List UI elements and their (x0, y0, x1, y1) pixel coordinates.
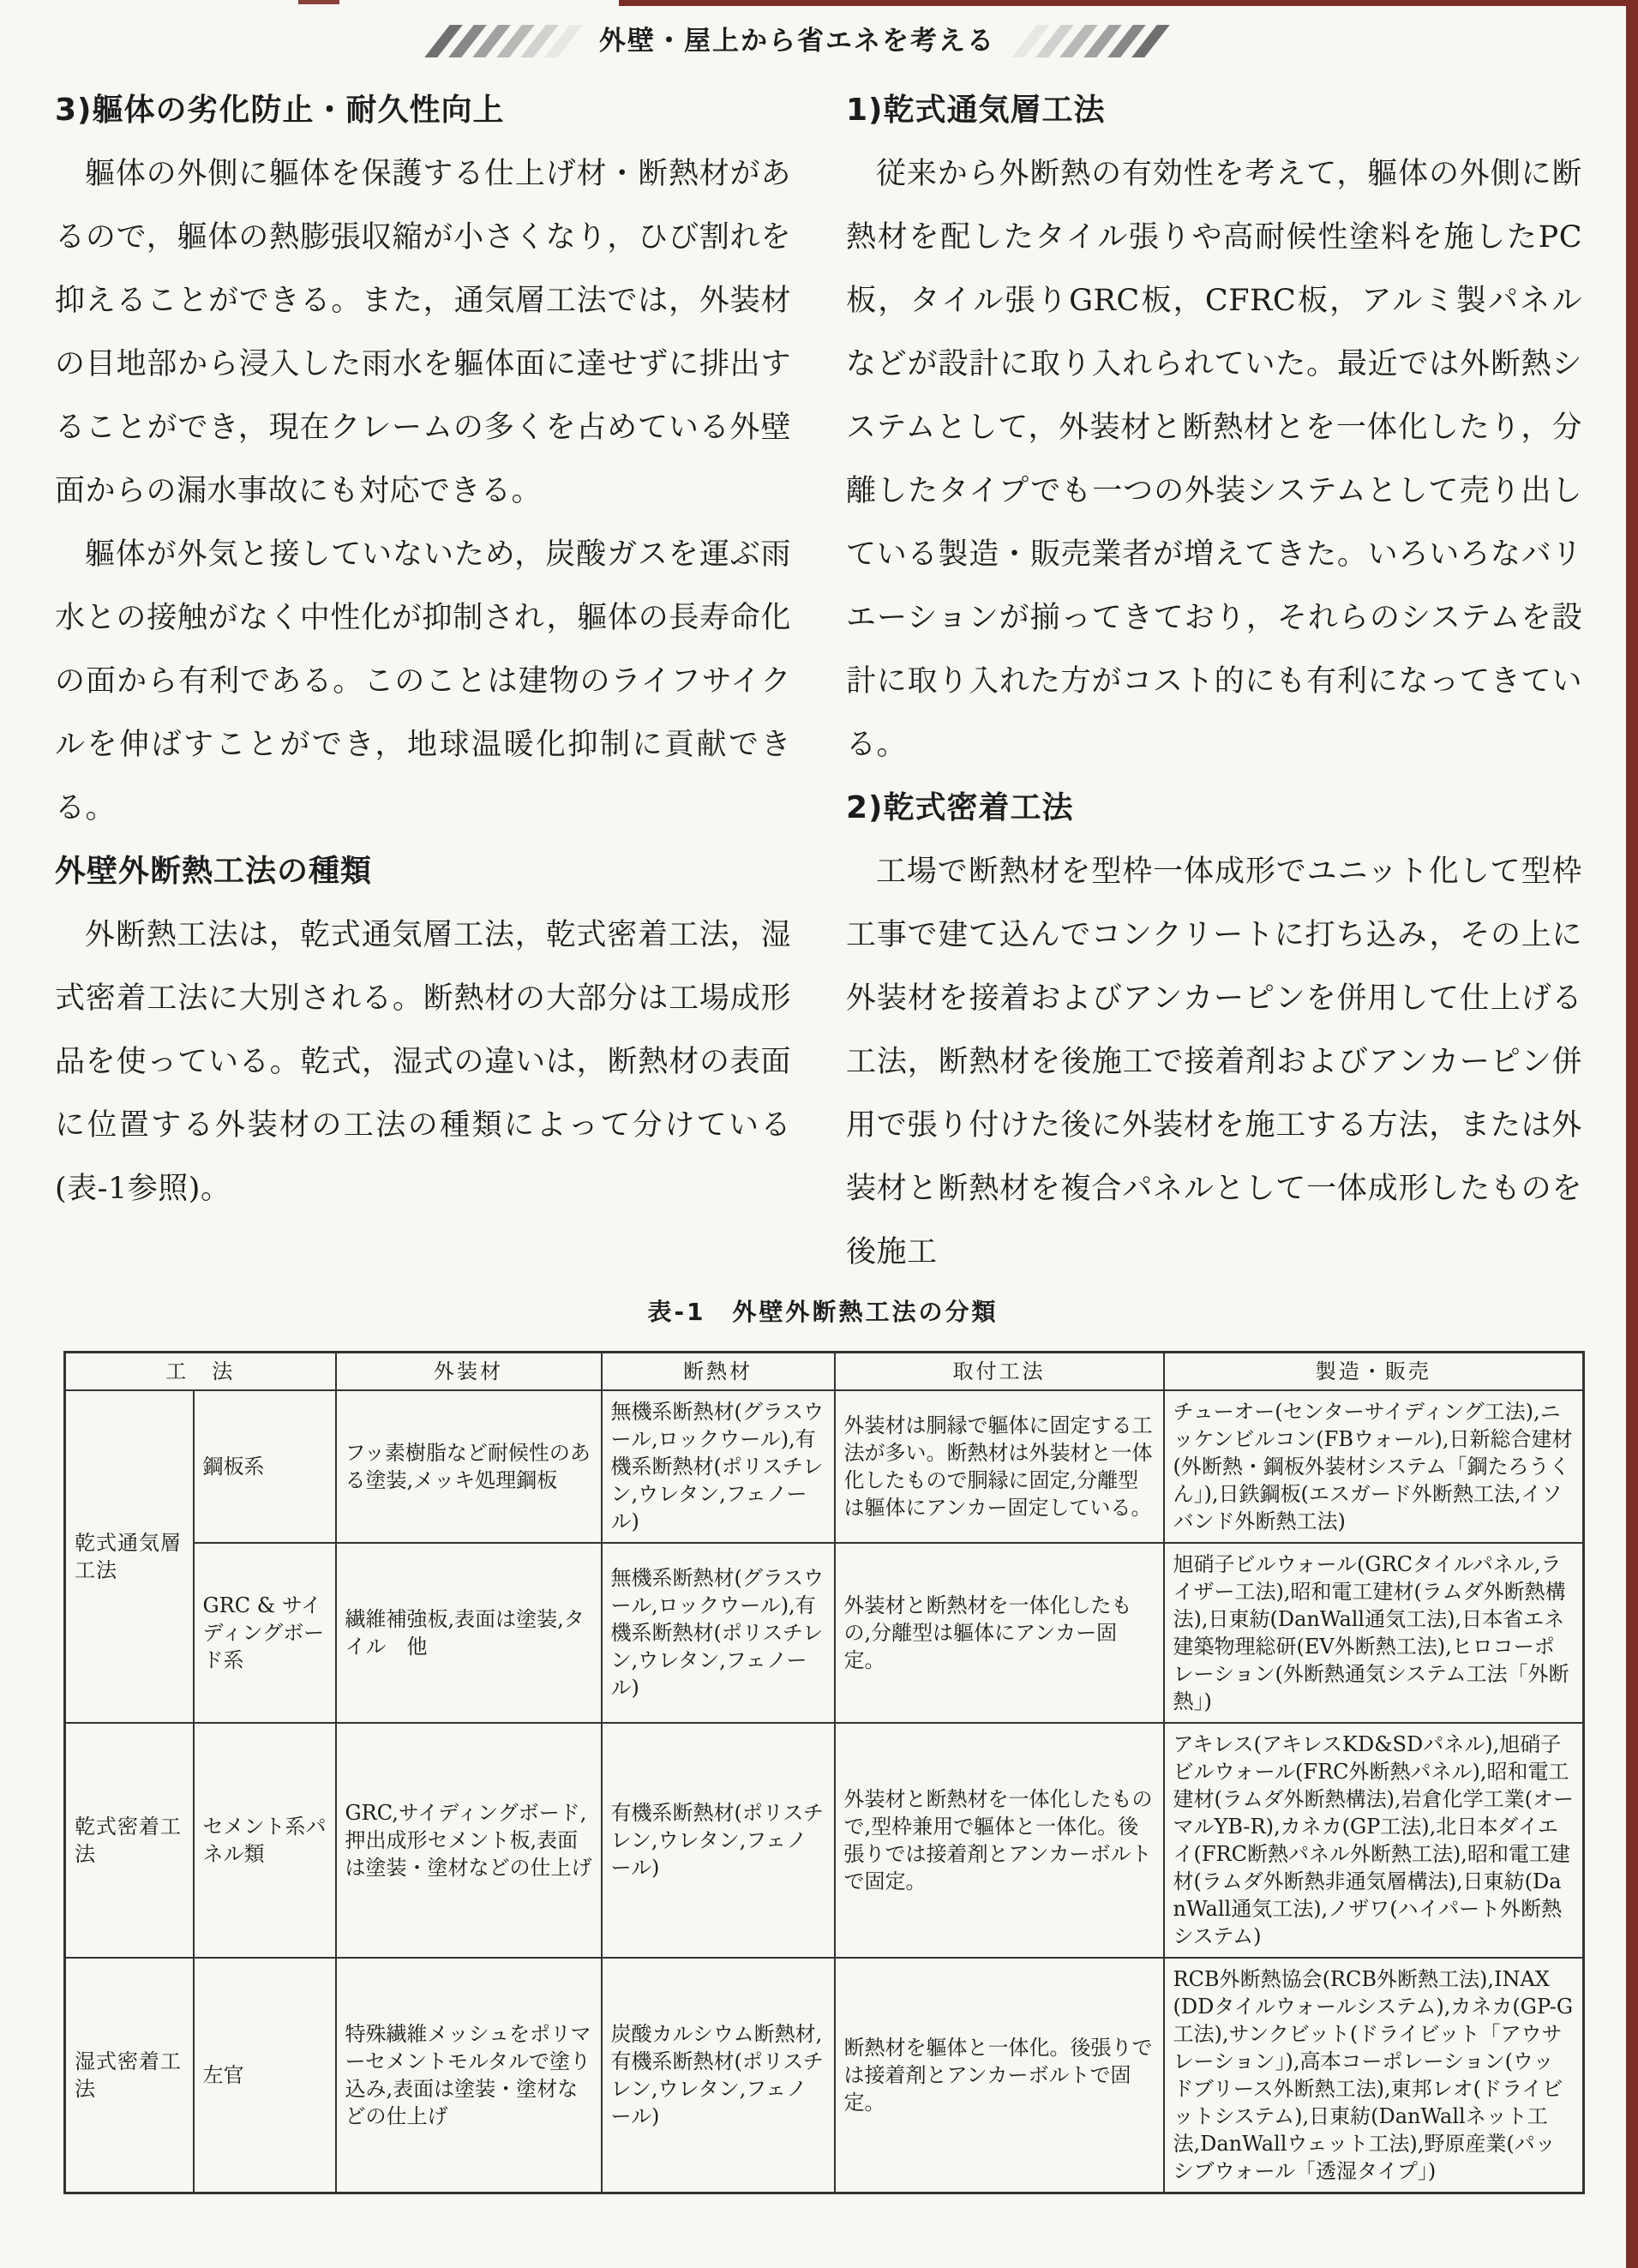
cell-insulation: 無機系断熱材(グラスウール,ロックウール),有機系断熱材(ポリスチレン,ウレタン… (602, 1390, 835, 1543)
header-stripes-right (1024, 25, 1157, 57)
cell-exterior: フッ素樹脂など耐候性のある塗装,メッキ処理鋼板 (336, 1390, 602, 1543)
cell-insulation: 有機系断熱材(ポリスチレン,ウレタン,フェノール) (602, 1723, 835, 1958)
cell-attachment: 外装材と断熱材を一体化したもので,型枠兼用で軀体と一体化。後張りでは接着剤とアン… (835, 1723, 1164, 1958)
classification-table: 工 法 外装材 断熱材 取付工法 製造・販売 乾式通気層工法 鋼板系 フッ素樹脂… (63, 1351, 1585, 2194)
col-header-method: 工 法 (65, 1353, 336, 1391)
paragraph: 軀体の外側に軀体を保護する仕上げ材・断熱材があるので，軀体の熱膨張収縮が小さくな… (55, 142, 791, 523)
classification-table-figure: 表-1 外壁外断熱工法の分類 工 法 外装材 断熱材 取付工法 製造・販売 乾式… (63, 1296, 1582, 2194)
left-column: 3)軀体の劣化防止・耐久性向上 軀体の外側に軀体を保護する仕上げ材・断熱材がある… (55, 79, 791, 1284)
cell-method-sub: GRC & サイディングボード系 (194, 1543, 336, 1723)
col-header-insulation: 断熱材 (602, 1353, 835, 1391)
cell-method-group: 乾式通気層工法 (65, 1390, 194, 1723)
cell-attachment: 外装材は胴縁で軀体に固定する工法が多い。断熱材は外装材と一体化したもので胴縁に固… (835, 1390, 1164, 1543)
cell-makers: 旭硝子ビルウォール(GRCタイルパネル,ライザー工法),昭和電工建材(ラムダ外断… (1164, 1543, 1584, 1723)
cell-method-sub: 左官 (194, 1958, 336, 2193)
cell-method-sub: セメント系パネル類 (194, 1723, 336, 1958)
paragraph: 従来から外断熱の有効性を考えて，軀体の外側に断熱材を配したタイル張りや高耐候性塗… (846, 142, 1582, 777)
cell-insulation: 無機系断熱材(グラスウール,ロックウール),有機系断熱材(ポリスチレン,ウレタン… (602, 1543, 835, 1723)
cell-attachment: 断熱材を軀体と一体化。後張りでは接着剤とアンカーボルトで固定。 (835, 1958, 1164, 2193)
page-scan-edge-mark (298, 0, 339, 4)
cell-makers: チューオー(センターサイディング工法),ニッケンビルコン(FBウォール),日新総… (1164, 1390, 1584, 1543)
cell-method-group: 湿式密着工法 (65, 1958, 194, 2193)
table-title: 表-1 外壁外断熱工法の分類 (63, 1296, 1582, 1329)
cell-attachment: 外装材と断熱材を一体化したもの,分離型は軀体にアンカー固定。 (835, 1543, 1164, 1723)
scanned-document-page: 外壁・屋上から省エネを考える 3)軀体の劣化防止・耐久性向上 軀体の外側に軀体を… (0, 0, 1638, 2268)
table-row-wet-adhered: 湿式密着工法 左官 特殊繊維メッシュをポリマーセメントモルタルで塗り込み,表面は… (65, 1958, 1584, 2193)
cell-method-sub: 鋼板系 (194, 1390, 336, 1543)
header-stripes-left (437, 25, 570, 57)
col-header-makers: 製造・販売 (1164, 1353, 1584, 1391)
table-row-grc-siding: GRC & サイディングボード系 繊維補強板,表面は塗装,タイル 他 無機系断熱… (65, 1543, 1584, 1723)
table-row-steel: 乾式通気層工法 鋼板系 フッ素樹脂など耐候性のある塗装,メッキ処理鋼板 無機系断… (65, 1390, 1584, 1543)
table-row-dry-adhered: 乾式密着工法 セメント系パネル類 GRC,サイディングボード,押出成形セメント板… (65, 1723, 1584, 1958)
paragraph: 工場で断熱材を型枠一体成形でユニット化して型枠工事で建て込んでコンクリートに打ち… (846, 840, 1582, 1284)
page-scan-edge-right (1626, 0, 1638, 2268)
article-body: 3)軀体の劣化防止・耐久性向上 軀体の外側に軀体を保護する仕上げ材・断熱材がある… (55, 79, 1582, 1284)
page-scan-edge-top (619, 0, 1638, 6)
cell-exterior: GRC,サイディングボード,押出成形セメント板,表面は塗装・塗材などの仕上げ (336, 1723, 602, 1958)
right-column: 1)乾式通気層工法 従来から外断熱の有効性を考えて，軀体の外側に断熱材を配したタ… (846, 79, 1582, 1284)
section-heading-method-types: 外壁外断熱工法の種類 (55, 840, 791, 903)
paragraph: 軀体が外気と接していないため，炭酸ガスを運ぶ雨水との接触がなく中性化が抑制され，… (55, 523, 791, 840)
page-header: 外壁・屋上から省エネを考える (0, 22, 1594, 60)
col-header-attachment: 取付工法 (835, 1353, 1164, 1391)
section-heading-dry-vented: 1)乾式通気層工法 (846, 79, 1582, 142)
section-heading-durability: 3)軀体の劣化防止・耐久性向上 (55, 79, 791, 142)
section-heading-dry-adhered: 2)乾式密着工法 (846, 777, 1582, 840)
cell-method-group: 乾式密着工法 (65, 1723, 194, 1958)
paragraph: 外断熱工法は，乾式通気層工法，乾式密着工法，湿式密着工法に大別される。断熱材の大… (55, 903, 791, 1221)
cell-makers: RCB外断熱協会(RCB外断熱工法),INAX(DDタイルウォールシステム),カ… (1164, 1958, 1584, 2193)
cell-exterior: 繊維補強板,表面は塗装,タイル 他 (336, 1543, 602, 1723)
cell-exterior: 特殊繊維メッシュをポリマーセメントモルタルで塗り込み,表面は塗装・塗材などの仕上… (336, 1958, 602, 2193)
cell-insulation: 炭酸カルシウム断熱材,有機系断熱材(ポリスチレン,ウレタン,フェノール) (602, 1958, 835, 2193)
page-title: 外壁・屋上から省エネを考える (599, 22, 995, 60)
col-header-exterior: 外装材 (336, 1353, 602, 1391)
cell-makers: アキレス(アキレスKD&SDパネル),旭硝子ビルウォール(FRC外断熱パネル),… (1164, 1723, 1584, 1958)
table-header-row: 工 法 外装材 断熱材 取付工法 製造・販売 (65, 1353, 1584, 1391)
